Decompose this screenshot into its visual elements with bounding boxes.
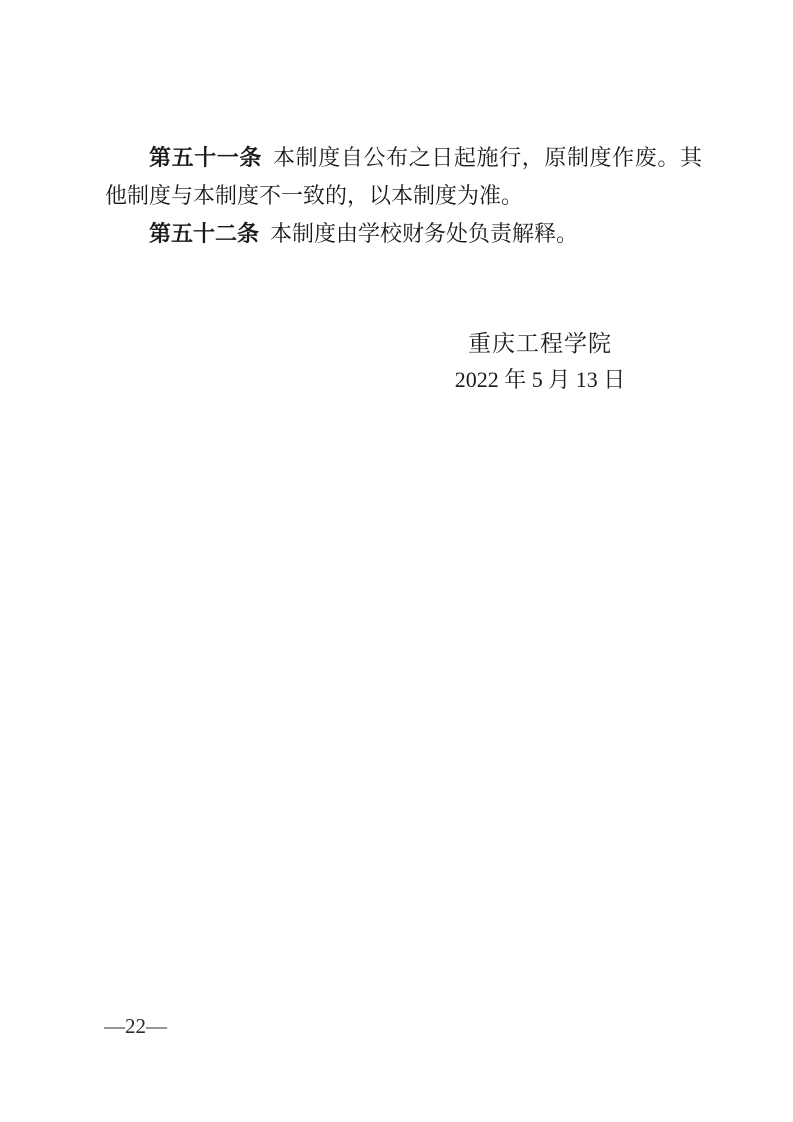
document-page: 第五十一条本制度自公布之日起施行，原制度作废。其他制度与本制度不一致的，以本制度…	[0, 0, 793, 1122]
article-52-term: 第五十二条	[149, 221, 259, 246]
signature-block: 重庆工程学院 2022 年 5 月 13 日	[420, 330, 660, 393]
signature-organization: 重庆工程学院	[420, 330, 660, 356]
paragraph-article-52: 第五十二条本制度由学校财务处负责解释。	[105, 215, 702, 253]
document-body: 第五十一条本制度自公布之日起施行，原制度作废。其他制度与本制度不一致的，以本制度…	[105, 139, 702, 253]
page-footer: —22—	[104, 1014, 167, 1038]
paragraph-article-51: 第五十一条本制度自公布之日起施行，原制度作废。其他制度与本制度不一致的，以本制度…	[105, 139, 702, 215]
page-number: —22—	[104, 1014, 167, 1038]
article-51-term: 第五十一条	[149, 145, 262, 170]
article-52-text: 本制度由学校财务处负责解释。	[270, 221, 578, 246]
signature-date: 2022 年 5 月 13 日	[420, 367, 660, 393]
